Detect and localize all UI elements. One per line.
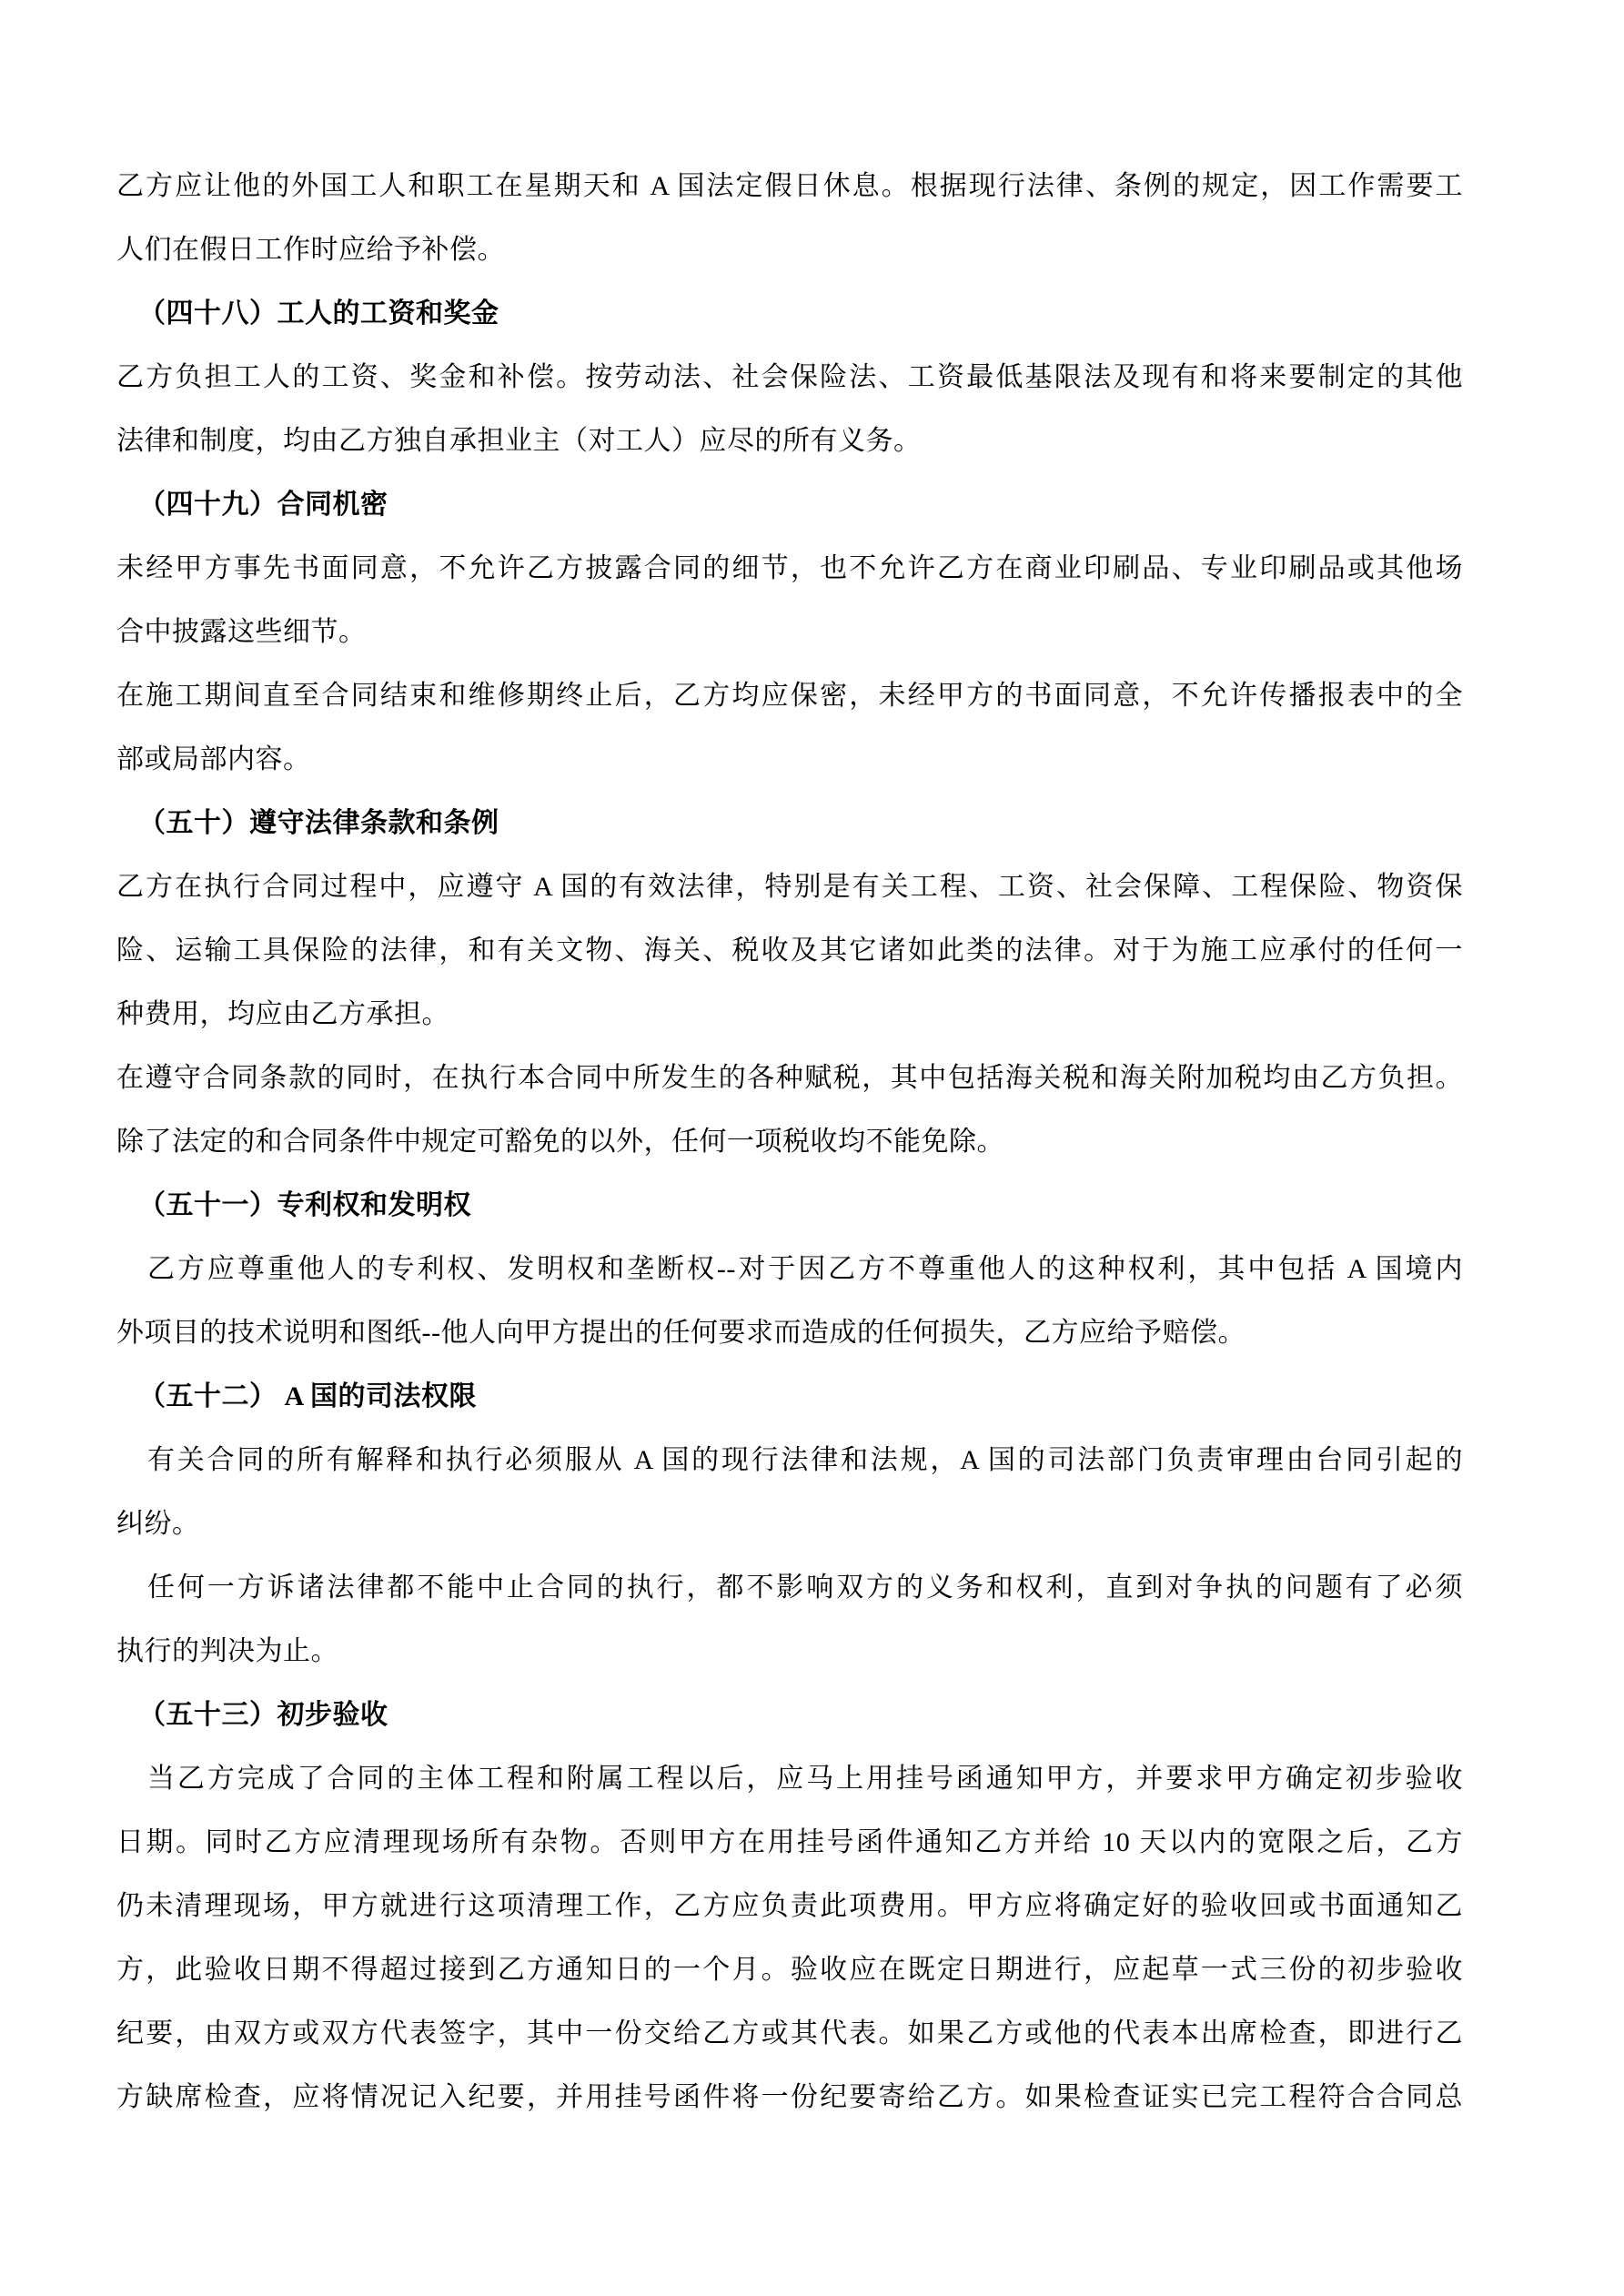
paragraph-line: 部或局部内容。 xyxy=(116,728,1463,792)
paragraph-line: 合中披露这些细节。 xyxy=(116,601,1463,664)
section-heading: （五十一）专利权和发明权 xyxy=(116,1174,1463,1238)
section-heading: （四十九）合同机密 xyxy=(116,473,1463,537)
paragraph-line: 当乙方完成了合同的主体工程和附属工程以后，应马上用挂号函通知甲方，并要求甲方确定… xyxy=(116,1747,1463,1811)
paragraph-line: 乙方在执行合同过程中，应遵守 A 国的有效法律，特别是有关工程、工资、社会保障、… xyxy=(116,855,1463,919)
paragraph-line: 乙方应尊重他人的专利权、发明权和垄断权--对于因乙方不尊重他人的这种权利，其中包… xyxy=(116,1238,1463,1301)
paragraph-line: 险、运输工具保险的法律，和有关文物、海关、税收及其它诸如此类的法律。对于为施工应… xyxy=(116,919,1463,983)
paragraph-line: 在施工期间直至合同结束和维修期终止后，乙方均应保密，未经甲方的书面同意，不允许传… xyxy=(116,664,1463,728)
paragraph-line: 执行的判决为止。 xyxy=(116,1620,1463,1684)
contract-page: 乙方应让他的外国工人和职工在星期天和 A 国法定假日休息。根据现行法律、条例的规… xyxy=(0,0,1624,2296)
paragraph-line: 方缺席检查，应将情况记入纪要，并用挂号函件将一份纪要寄给乙方。如果检查证实已完工… xyxy=(116,2066,1463,2129)
paragraph-line: 纪要，由双方或双方代表签字，其中一份交给乙方或其代表。如果乙方或他的代表本出席检… xyxy=(116,2002,1463,2066)
paragraph-line: 有关合同的所有解释和执行必须服从 A 国的现行法律和法规，A 国的司法部门负责审… xyxy=(116,1429,1463,1492)
paragraph-line: 乙方应让他的外国工人和职工在星期天和 A 国法定假日休息。根据现行法律、条例的规… xyxy=(116,155,1463,218)
section-heading: （五十三）初步验收 xyxy=(116,1684,1463,1747)
paragraph-line: 任何一方诉诸法律都不能中止合同的执行，都不影响双方的义务和权利，直到对争执的问题… xyxy=(116,1556,1463,1620)
paragraph-line: 方，此验收日期不得超过接到乙方通知日的一个月。验收应在既定日期进行，应起草一式三… xyxy=(116,1938,1463,2002)
paragraph-line: 日期。同时乙方应清理现场所有杂物。否则甲方在用挂号函件通知乙方并给 10 天以内… xyxy=(116,1811,1463,1875)
paragraph-line: 人们在假日工作时应给予补偿。 xyxy=(116,218,1463,282)
paragraph-line: 纠纷。 xyxy=(116,1492,1463,1556)
paragraph-line: 乙方负担工人的工资、奖金和补偿。按劳动法、社会保险法、工资最低基限法及现有和将来… xyxy=(116,346,1463,410)
paragraph-line: 除了法定的和合同条件中规定可豁免的以外，任何一项税收均不能免除。 xyxy=(116,1110,1463,1174)
paragraph-line: 仍未清理现场，甲方就进行这项清理工作，乙方应负责此项费用。甲方应将确定好的验收回… xyxy=(116,1875,1463,1938)
section-heading: （五十）遵守法律条款和条例 xyxy=(116,792,1463,855)
paragraph-line: 未经甲方事先书面同意，不允许乙方披露合同的细节，也不允许乙方在商业印刷品、专业印… xyxy=(116,537,1463,601)
paragraph-line: 外项目的技术说明和图纸--他人向甲方提出的任何要求而造成的任何损失，乙方应给予赔… xyxy=(116,1301,1463,1365)
paragraph-line: 在遵守合同条款的同时，在执行本合同中所发生的各种赋税，其中包括海关税和海关附加税… xyxy=(116,1047,1463,1110)
paragraph-line: 法律和制度，均由乙方独自承担业主（对工人）应尽的所有义务。 xyxy=(116,410,1463,473)
section-heading: （四十八）工人的工资和奖金 xyxy=(116,282,1463,346)
paragraph-line: 种费用，均应由乙方承担。 xyxy=(116,983,1463,1047)
section-heading: （五十二） A 国的司法权限 xyxy=(116,1365,1463,1429)
contract-text-block: 乙方应让他的外国工人和职工在星期天和 A 国法定假日休息。根据现行法律、条例的规… xyxy=(116,155,1463,2129)
